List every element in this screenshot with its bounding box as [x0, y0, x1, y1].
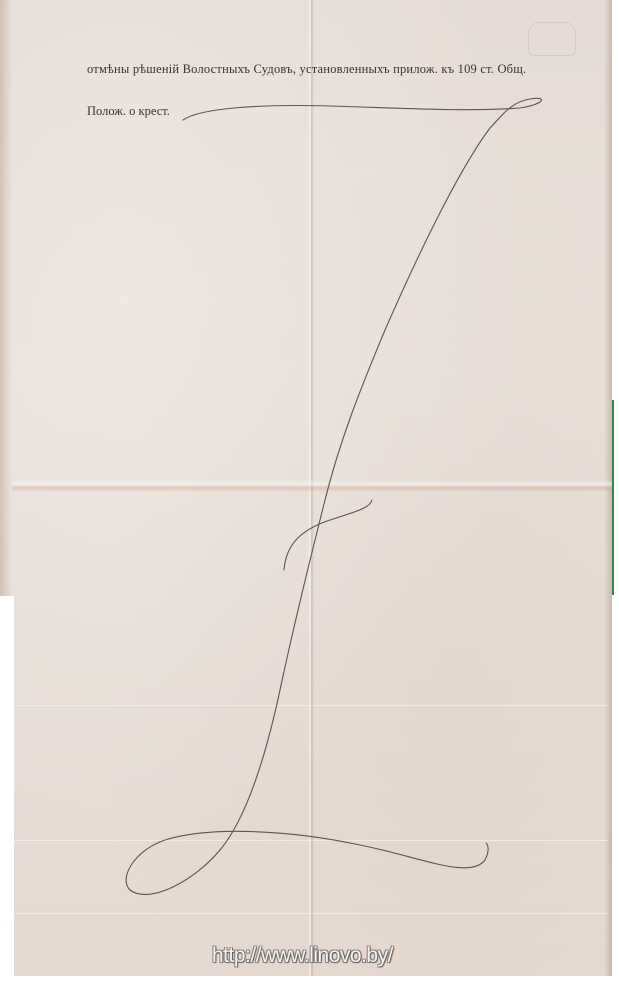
margin-white-bottom	[0, 976, 619, 984]
url-watermark: http://www.linovo.by/	[212, 944, 393, 968]
margin-white	[0, 596, 14, 984]
pen-flourish-cancellation	[0, 0, 619, 984]
